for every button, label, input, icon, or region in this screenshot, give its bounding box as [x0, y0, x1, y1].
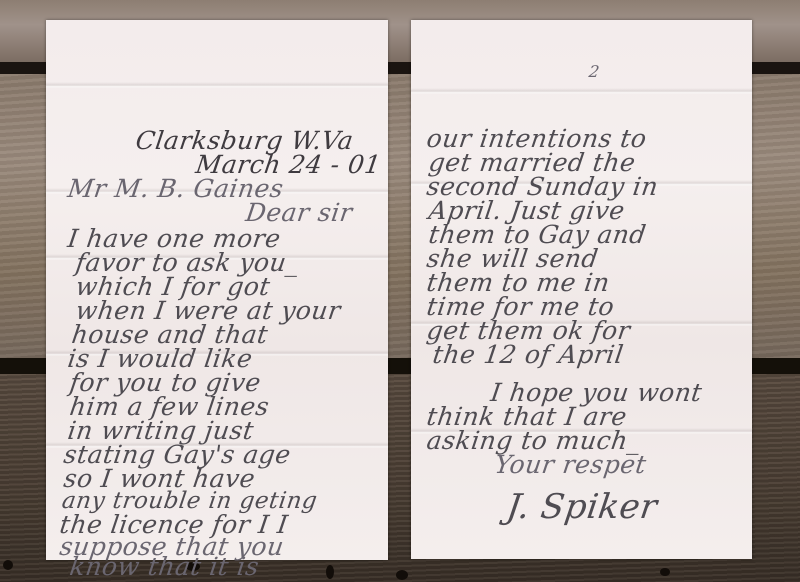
letter-salutation: Dear sir [244, 200, 354, 225]
page-number: 2 [588, 64, 601, 80]
letter-page-2: 2 our intentions to get married the seco… [411, 20, 752, 559]
wood-knot [660, 568, 670, 576]
letter-line: know that it is [68, 554, 261, 579]
paper-fold [46, 82, 388, 88]
wood-knot [396, 570, 408, 580]
signature: J. Spiker [505, 490, 660, 524]
letter-line: the 12 of April [431, 342, 625, 367]
closing-line: Your respet [493, 452, 648, 477]
wood-knot [3, 560, 13, 570]
letter-page-1: Clarksburg W.Va March 24 - 01 Mr M. B. G… [46, 20, 388, 560]
wood-knot [326, 565, 334, 579]
paper-fold [411, 88, 752, 94]
